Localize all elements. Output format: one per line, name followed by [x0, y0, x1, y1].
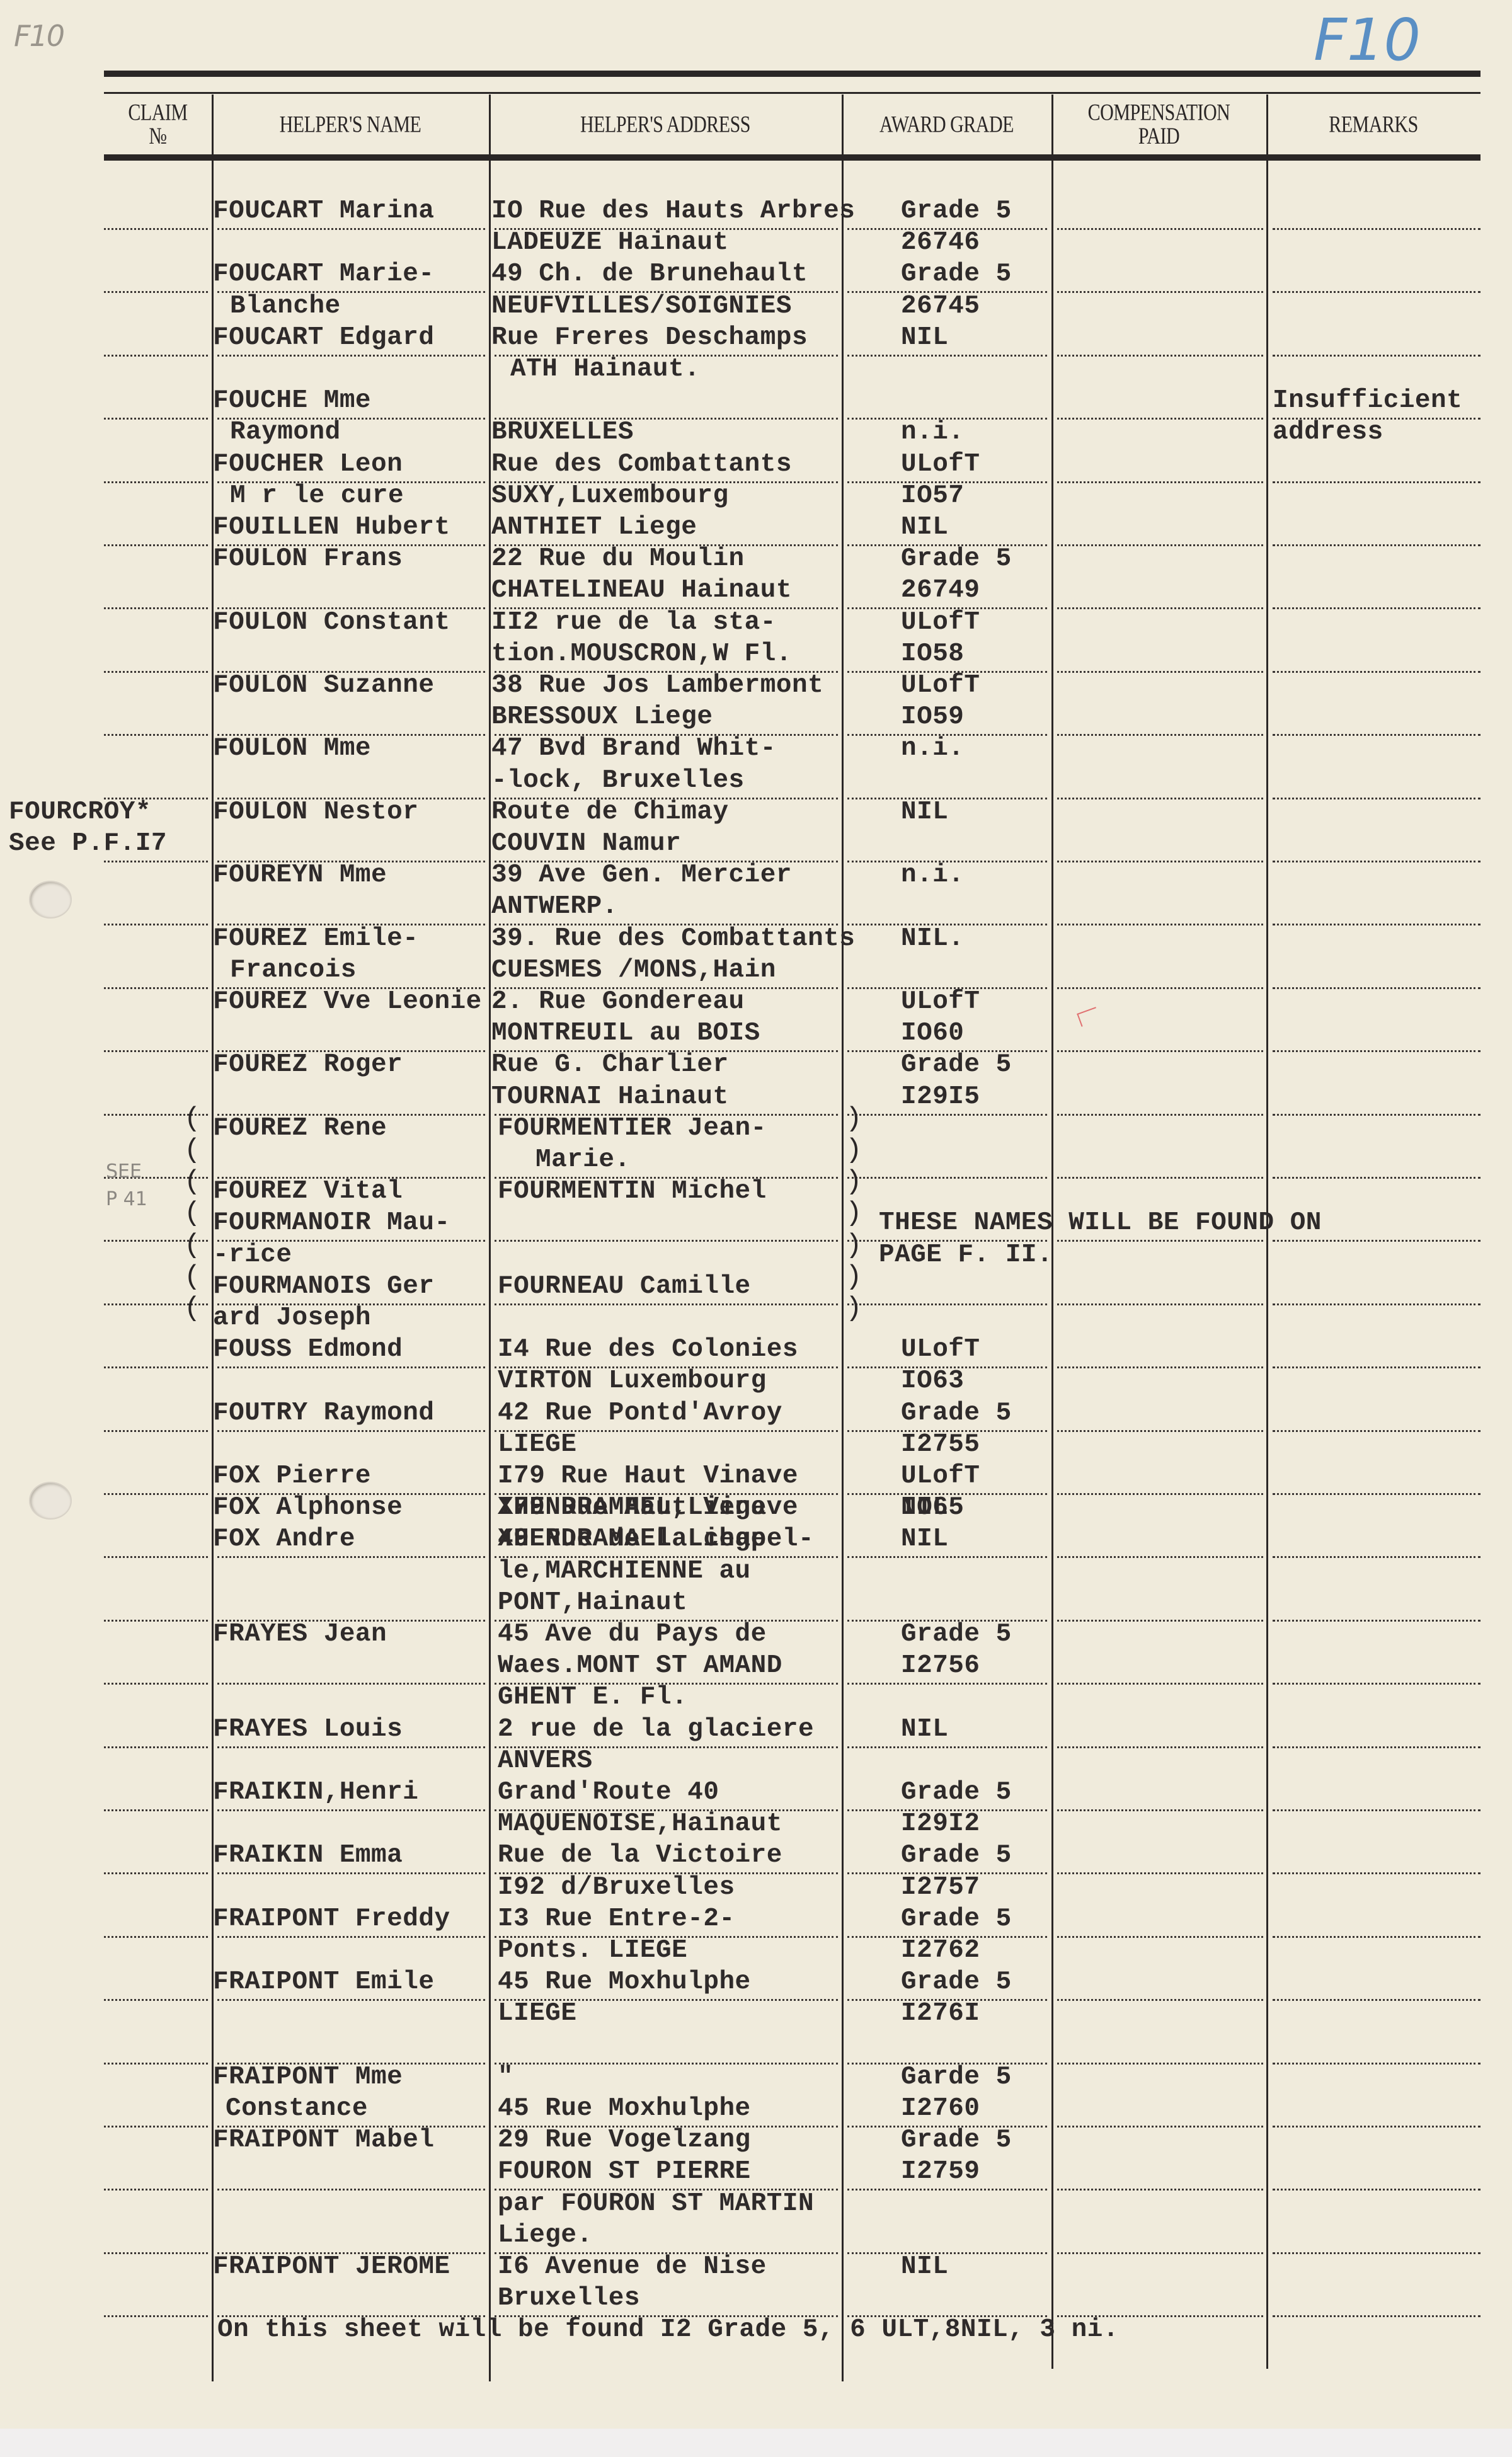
dotted-rule	[104, 607, 208, 609]
dotted-rule	[1273, 924, 1480, 925]
dotted-rule	[1057, 2189, 1263, 2191]
dotted-rule	[1273, 1240, 1480, 1242]
helper-address: I92 d/Bruxelles	[498, 1872, 735, 1903]
bracket-note: PAGE F. II.	[879, 1239, 1053, 1271]
helper-name: M r le cure	[230, 480, 404, 512]
award-grade: Grade 5	[901, 1966, 1012, 1998]
bracket-name: FOUREZ Rene	[213, 1113, 387, 1144]
award-grade: I276I	[901, 1998, 980, 2029]
helper-name: FOUCHE Mme	[213, 385, 371, 416]
column-header-claim: CLAIM №	[104, 87, 212, 162]
award-grade: ULofT	[901, 1334, 980, 1365]
column-header-remarks: REMARKS	[1266, 87, 1480, 162]
dotted-rule	[1057, 1303, 1263, 1305]
helper-address: 49 Ch. de Brunehault	[491, 258, 808, 290]
helper-address: Ponts. LIEGE	[498, 1935, 687, 1966]
bracket-name: -rice	[213, 1239, 292, 1271]
helper-name: FRAIPONT JEROME	[213, 2251, 450, 2282]
dotted-rule	[1273, 228, 1480, 230]
left-bracket: (	[184, 1261, 200, 1293]
dotted-rule	[1057, 924, 1263, 925]
dotted-rule	[104, 1683, 208, 1685]
dotted-rule	[847, 1177, 1047, 1179]
dotted-rule	[1273, 1303, 1480, 1305]
dotted-rule	[1273, 1683, 1480, 1685]
helper-name: FRAIKIN Emma	[213, 1840, 403, 1871]
award-grade: ULofT	[901, 449, 980, 480]
dotted-rule	[1057, 355, 1263, 357]
dotted-rule	[217, 355, 485, 357]
dotted-rule	[1273, 1999, 1480, 2001]
dotted-rule	[217, 1936, 485, 1938]
helper-address: LADEUZE Hainaut	[491, 227, 729, 258]
dotted-rule	[1273, 1746, 1480, 1748]
right-bracket: )	[845, 1103, 862, 1135]
page-label-right: F10	[1314, 6, 1421, 74]
dotted-rule	[217, 2189, 485, 2191]
dotted-rule	[104, 1366, 208, 1368]
column-header-compensation: COMPENSATION PAID	[1051, 87, 1266, 162]
dotted-rule	[1273, 481, 1480, 483]
dotted-rule	[104, 1430, 208, 1432]
dotted-rule	[104, 2063, 208, 2065]
helper-name: FRAIPONT Emile	[213, 1966, 434, 1998]
dotted-rule	[1273, 544, 1480, 546]
punch-hole-lower	[30, 1483, 71, 1518]
column-divider	[489, 94, 491, 2381]
helper-address: LIEGE	[498, 1429, 577, 1460]
dotted-rule	[104, 2315, 208, 2317]
dotted-rule	[1057, 1114, 1263, 1116]
helper-address: 22 Rue du Moulin	[491, 543, 745, 575]
column-header-award: AWARD GRADE	[842, 87, 1051, 162]
bracket-address: Marie.	[535, 1144, 631, 1176]
award-grade: ULofT	[901, 986, 980, 1017]
award-grade: 26749	[901, 575, 980, 606]
bracket-name: FOURMANOIR Mau-	[213, 1207, 450, 1239]
footer-summary: On this sheet will be found I2 Grade 5, …	[217, 2314, 1119, 2345]
helper-address: tion.MOUSCRON,W Fl.	[491, 638, 792, 670]
award-grade: NIL	[901, 1714, 948, 1745]
award-grade: IO60	[901, 1017, 964, 1049]
dotted-rule	[1057, 2126, 1263, 2128]
dotted-rule	[1273, 2315, 1480, 2317]
helper-name: FOULON Nestor	[213, 796, 418, 828]
award-grade: IO63	[901, 1365, 964, 1397]
helper-address: PONT,Hainaut	[498, 1587, 687, 1618]
dotted-rule	[847, 1114, 1047, 1116]
dotted-rule	[495, 1240, 838, 1242]
helper-name: FOX Andre	[213, 1523, 355, 1555]
helper-address: GHENT E. Fl.	[498, 1681, 687, 1713]
helper-address: ATH Hainaut.	[510, 353, 700, 385]
helper-name: FOUCART Marina	[213, 195, 434, 227]
helper-address: par FOURON ST MARTIN	[498, 2188, 814, 2219]
award-grade: 26745	[901, 290, 980, 322]
helper-address: BRESSOUX Liege	[491, 701, 713, 733]
dotted-rule	[1057, 1430, 1263, 1432]
helper-address: NEUFVILLES/SOIGNIES	[491, 290, 792, 322]
right-bracket: )	[845, 1198, 862, 1229]
dotted-rule	[104, 418, 208, 420]
helper-address: 2. Rue Gondereau	[491, 986, 745, 1017]
dotted-rule	[1057, 228, 1263, 230]
dotted-rule	[104, 2189, 208, 2191]
dotted-rule	[104, 861, 208, 862]
helper-address: Rue G. Charlier	[491, 1049, 729, 1080]
claim-number: FOURCROY*	[9, 796, 151, 828]
helper-name: FRAIPONT Freddy	[213, 1903, 450, 1935]
dotted-rule	[104, 355, 208, 357]
dotted-rule	[1273, 734, 1480, 736]
dotted-rule	[1057, 1936, 1263, 1938]
dotted-rule	[1273, 1556, 1480, 1558]
helper-address: I6 Avenue de Nise	[498, 2251, 767, 2282]
award-grade: Grade 5	[901, 195, 1012, 227]
helper-name: FOX Pierre	[213, 1460, 371, 1492]
dotted-rule	[1057, 798, 1263, 799]
helper-name: Blanche	[230, 290, 341, 322]
helper-address: Route de Chimay	[491, 796, 729, 828]
award-grade: ULofT	[901, 670, 980, 701]
helper-address: le,MARCHIENNE au	[498, 1555, 751, 1587]
dotted-rule	[104, 2126, 208, 2128]
award-grade: I2760	[901, 2093, 980, 2124]
helper-name: FOULON Constant	[213, 607, 450, 638]
dotted-rule	[104, 671, 208, 673]
award-grade: IO59	[901, 701, 964, 733]
dotted-rule	[1057, 291, 1263, 293]
helper-name: FOULON Mme	[213, 733, 371, 764]
dotted-rule	[1057, 1746, 1263, 1748]
bracket-name: ard Joseph	[213, 1302, 371, 1334]
dotted-rule	[1273, 1809, 1480, 1811]
dotted-rule	[1273, 1936, 1480, 1938]
helper-name: FRAYES Louis	[213, 1714, 403, 1745]
dotted-rule	[1057, 1872, 1263, 1874]
right-bracket: )	[845, 1261, 862, 1293]
dotted-rule	[1057, 1556, 1263, 1558]
helper-address: 45 Ave du Pays de	[498, 1618, 767, 1650]
helper-address: SUXY,Luxembourg	[491, 480, 729, 512]
dotted-rule	[1273, 291, 1480, 293]
column-header-name: HELPER'S NAME	[212, 87, 489, 162]
dotted-rule	[1273, 1872, 1480, 1874]
helper-address: "	[498, 2061, 513, 2093]
bracket-name: FOUREZ Vital	[213, 1176, 403, 1207]
dotted-rule	[104, 734, 208, 736]
award-grade: I29I5	[901, 1081, 980, 1113]
left-bracket: (	[184, 1166, 200, 1198]
award-grade: IO57	[901, 480, 964, 512]
helper-address: II2 rue de la sta-	[491, 607, 776, 638]
award-grade: ULofT	[901, 607, 980, 638]
dotted-rule	[1057, 1493, 1263, 1495]
award-grade: Grade 5	[901, 1777, 1012, 1808]
helper-address: ANTWERP.	[491, 891, 618, 922]
helper-name: FRAIPONT Mme	[213, 2061, 403, 2093]
award-grade: Grade 5	[901, 1840, 1012, 1871]
dotted-rule	[104, 1556, 208, 1558]
dotted-rule	[1273, 2126, 1480, 2128]
dotted-rule	[847, 1303, 1047, 1305]
award-grade: n.i.	[901, 733, 964, 764]
dotted-rule	[847, 1556, 1047, 1558]
award-grade: I2762	[901, 1935, 980, 1966]
helper-address: 47 Bvd Brand Whit-	[491, 733, 776, 764]
award-grade: I2757	[901, 1872, 980, 1903]
claim-number: See P.F.I7	[9, 828, 167, 859]
helper-address: 39 Ave Gen. Mercier	[491, 859, 792, 891]
bracket-name: FOURMANOIS Ger	[213, 1271, 434, 1302]
helper-address: 49 Rue de la chapel-	[498, 1523, 814, 1555]
helper-address: Bruxelles	[498, 2282, 640, 2314]
helper-address: 42 Rue Pontd'Avroy	[498, 1397, 782, 1429]
award-grade: NIL	[901, 512, 948, 543]
remarks: address	[1273, 416, 1383, 448]
bracket-note: THESE NAMES WILL BE FOUND ON	[879, 1207, 1322, 1239]
helper-address: TOURNAI Hainaut	[491, 1081, 729, 1113]
helper-name: FOULON Frans	[213, 543, 403, 575]
dotted-rule	[104, 1936, 208, 1938]
left-bracket: (	[184, 1230, 200, 1261]
dotted-rule	[217, 1872, 485, 1874]
punch-hole-upper	[30, 882, 71, 917]
award-grade: n.i.	[901, 416, 964, 448]
helper-address: COUVIN Namur	[491, 828, 681, 859]
dotted-rule	[1273, 1177, 1480, 1179]
helper-address: ANVERS	[498, 1745, 593, 1777]
helper-name: Francois	[230, 954, 357, 986]
award-grade: Grade 5	[901, 1903, 1012, 1935]
award-grade: I2755	[901, 1429, 980, 1460]
dotted-rule	[1057, 1620, 1263, 1622]
helper-address: Rue Freres Deschamps	[491, 322, 808, 353]
helper-name: FOUCHER Leon	[213, 449, 403, 480]
dotted-rule	[104, 1050, 208, 1052]
left-bracket: (	[184, 1103, 200, 1135]
dotted-rule	[217, 1366, 485, 1368]
helper-address: I79 Rue Haut Vinave	[498, 1460, 798, 1492]
bracket-address: FOURMENTIER Jean-	[498, 1113, 767, 1144]
helper-address: IO Rue des Hauts Arbres	[491, 195, 855, 227]
helper-address: VIRTON Luxembourg	[498, 1365, 767, 1397]
dotted-rule	[1057, 481, 1263, 483]
left-bracket: (	[184, 1198, 200, 1229]
column-header-address: HELPER'S ADDRESS	[489, 87, 842, 162]
dotted-rule	[104, 481, 208, 483]
helper-name: FOUREZ Vve Leonie	[213, 986, 482, 1017]
helper-name: FOULON Suzanne	[213, 670, 434, 701]
helper-address: Waes.MONT ST AMAND	[498, 1650, 782, 1681]
dotted-rule	[104, 1493, 208, 1495]
helper-address: FOURON ST PIERRE	[498, 2156, 751, 2187]
helper-address: I79 Rue Haut Vinave	[498, 1492, 798, 1523]
dotted-rule	[1273, 2189, 1480, 2191]
dotted-rule	[104, 228, 208, 230]
dotted-rule	[1273, 2252, 1480, 2254]
award-grade: NIL	[901, 1492, 948, 1523]
helper-address: 29 Rue Vogelzang	[498, 2124, 751, 2156]
right-bracket: )	[845, 1166, 862, 1198]
dotted-rule	[1057, 1050, 1263, 1052]
remarks: Insufficient	[1273, 385, 1462, 416]
helper-address: Rue des Combattants	[491, 449, 792, 480]
award-grade: NIL	[901, 1523, 948, 1555]
helper-address: CUESMES /MONS,Hain	[491, 954, 776, 986]
dotted-rule	[1057, 1366, 1263, 1368]
award-grade: IO58	[901, 638, 964, 670]
dotted-rule	[1057, 1999, 1263, 2001]
dotted-rule	[1273, 798, 1480, 799]
dotted-rule	[104, 1809, 208, 1811]
award-grade: I29I2	[901, 1808, 980, 1840]
award-grade: I2759	[901, 2156, 980, 2187]
award-grade: n.i.	[901, 859, 964, 891]
document-page: F10 F10 CLAIM №HELPER'S NAMEHELPER'S ADD…	[0, 0, 1512, 2429]
dotted-rule	[217, 1430, 485, 1432]
helper-address: 2 rue de la glaciere	[498, 1714, 814, 1745]
helper-address: BRUXELLES	[491, 416, 634, 448]
award-grade: Garde 5	[901, 2061, 1012, 2093]
helper-address: Rue de la Victoire	[498, 1840, 782, 1871]
dotted-rule	[1273, 607, 1480, 609]
dotted-rule	[847, 2189, 1047, 2191]
bracket-address: FOURMENTIN Michel	[498, 1176, 767, 1207]
dotted-rule	[1057, 734, 1263, 736]
dotted-rule	[104, 2252, 208, 2254]
dotted-rule	[217, 1683, 485, 1685]
dotted-rule	[1057, 1177, 1263, 1179]
top-thick-rule	[104, 71, 1480, 77]
helper-name: FOUTRY Raymond	[213, 1397, 434, 1429]
dotted-rule	[104, 1620, 208, 1622]
dotted-rule	[104, 987, 208, 989]
award-grade: Grade 5	[901, 258, 1012, 290]
dotted-rule	[1273, 1366, 1480, 1368]
column-divider	[842, 94, 844, 2381]
dotted-rule	[1057, 987, 1263, 989]
margin-see-note: SEE P 41	[106, 1158, 147, 1213]
dotted-rule	[1273, 2063, 1480, 2065]
dotted-rule	[1273, 671, 1480, 673]
helper-address: Grand'Route 40	[498, 1777, 719, 1808]
helper-address: 39. Rue des Combattants	[491, 923, 855, 954]
award-grade: Grade 5	[901, 543, 1012, 575]
helper-address: MONTREUIL au BOIS	[491, 1017, 760, 1049]
dotted-rule	[1273, 355, 1480, 357]
dotted-rule	[104, 1872, 208, 1874]
dotted-rule	[217, 1556, 485, 1558]
dotted-rule	[1273, 1430, 1480, 1432]
award-grade: Grade 5	[901, 1397, 1012, 1429]
helper-name: FRAYES Jean	[213, 1618, 387, 1650]
dotted-rule	[1273, 987, 1480, 989]
dotted-rule	[104, 1746, 208, 1748]
award-grade: NIL	[901, 322, 948, 353]
helper-name: FOUILLEN Hubert	[213, 512, 450, 543]
dotted-rule	[1273, 861, 1480, 862]
helper-address: Liege.	[498, 2219, 593, 2251]
dotted-rule	[104, 291, 208, 293]
dotted-rule	[104, 544, 208, 546]
page-label-left: F10	[14, 19, 64, 53]
right-bracket: )	[845, 1135, 862, 1166]
dotted-rule	[847, 1683, 1047, 1685]
helper-address: -lock, Bruxelles	[491, 765, 745, 796]
helper-name: FRAIPONT Mabel	[213, 2124, 434, 2156]
helper-name: FOUCART Marie-	[213, 258, 434, 290]
award-grade: Grade 5	[901, 1618, 1012, 1650]
award-grade: 26746	[901, 227, 980, 258]
award-grade: ULofT	[901, 1460, 980, 1492]
award-grade: Grade 5	[901, 2124, 1012, 2156]
dotted-rule	[1057, 1683, 1263, 1685]
helper-name: FOUREZ Emile-	[213, 923, 418, 954]
helper-address: MAQUENOISE,Hainaut	[498, 1808, 782, 1840]
dotted-rule	[1057, 2252, 1263, 2254]
left-bracket: (	[184, 1135, 200, 1166]
dotted-rule	[1273, 1620, 1480, 1622]
dotted-rule	[1057, 544, 1263, 546]
dotted-rule	[1273, 1493, 1480, 1495]
helper-name: FOUREYN Mme	[213, 859, 387, 891]
helper-address: I4 Rue des Colonies	[498, 1334, 798, 1365]
helper-name: FOUSS Edmond	[213, 1334, 403, 1365]
helper-address: 45 Rue Moxhulphe	[498, 2093, 751, 2124]
dotted-rule	[1057, 1809, 1263, 1811]
award-grade: NIL	[901, 796, 948, 828]
helper-address: I3 Rue Entre-2-	[498, 1903, 735, 1935]
helper-address: 38 Rue Jos Lambermont	[491, 670, 823, 701]
left-bracket: (	[184, 1293, 200, 1324]
helper-address: 45 Rue Moxhulphe	[498, 1966, 751, 1998]
helper-name: FOUREZ Roger	[213, 1049, 403, 1080]
dotted-rule	[104, 1999, 208, 2001]
dotted-rule	[1273, 1050, 1480, 1052]
dotted-rule	[495, 1303, 838, 1305]
helper-name: FOUCART Edgard	[213, 322, 434, 353]
dotted-rule	[217, 1809, 485, 1811]
dotted-rule	[1057, 2063, 1263, 2065]
red-pencil-mark	[1077, 1007, 1101, 1027]
helper-address: ANTHIET Liege	[491, 512, 697, 543]
award-grade: I2756	[901, 1650, 980, 1681]
dotted-rule	[1057, 607, 1263, 609]
helper-name: Raymond	[230, 416, 341, 448]
award-grade: Grade 5	[901, 1049, 1012, 1080]
helper-name: Constance	[226, 2093, 368, 2124]
dotted-rule	[1057, 861, 1263, 862]
right-bracket: )	[845, 1293, 862, 1324]
award-grade: NIL.	[901, 923, 964, 954]
helper-address: CHATELINEAU Hainaut	[491, 575, 792, 606]
dotted-rule	[217, 1999, 485, 2001]
bracket-address: FOURNEAU Camille	[498, 1271, 751, 1302]
right-bracket: )	[845, 1230, 862, 1261]
award-grade: NIL	[901, 2251, 948, 2282]
dotted-rule	[217, 1746, 485, 1748]
dotted-rule	[1057, 418, 1263, 420]
dotted-rule	[495, 2063, 838, 2065]
helper-name: FRAIKIN,Henri	[213, 1777, 418, 1808]
dotted-rule	[1273, 1114, 1480, 1116]
dotted-rule	[104, 924, 208, 925]
helper-name: FOX Alphonse	[213, 1492, 403, 1523]
dotted-rule	[847, 355, 1047, 357]
dotted-rule	[1057, 671, 1263, 673]
dotted-rule	[847, 1746, 1047, 1748]
